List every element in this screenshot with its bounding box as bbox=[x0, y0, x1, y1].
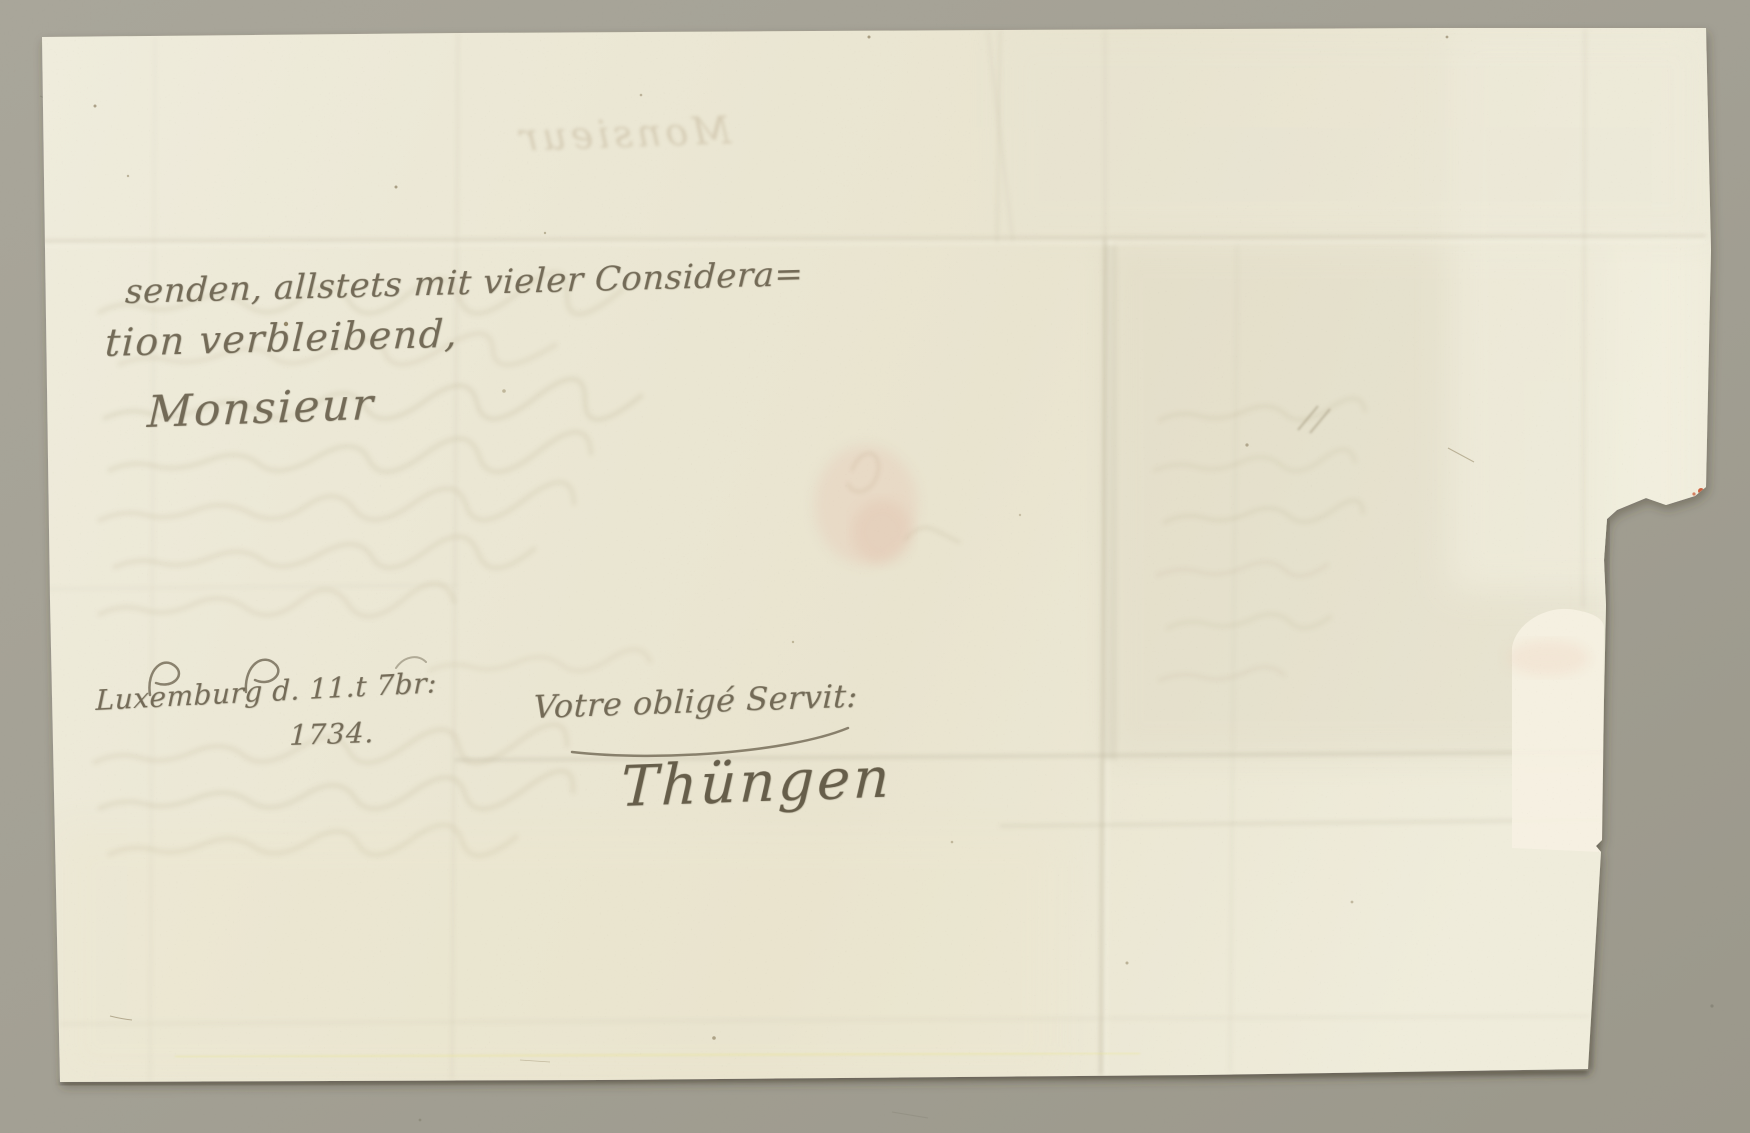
signature: Thüngen bbox=[620, 746, 894, 821]
body-line-2: tion verbleibend, bbox=[104, 312, 459, 365]
scan-graphic bbox=[0, 0, 1750, 1133]
dateline-year: 1734. bbox=[289, 716, 375, 752]
paper-texture bbox=[0, 0, 1750, 1133]
letter-scan: Monsieur senden, allstets mit vieler Con… bbox=[0, 0, 1750, 1133]
showthrough-address-text: Monsieur bbox=[515, 108, 731, 159]
salutation: Monsieur bbox=[146, 379, 376, 438]
